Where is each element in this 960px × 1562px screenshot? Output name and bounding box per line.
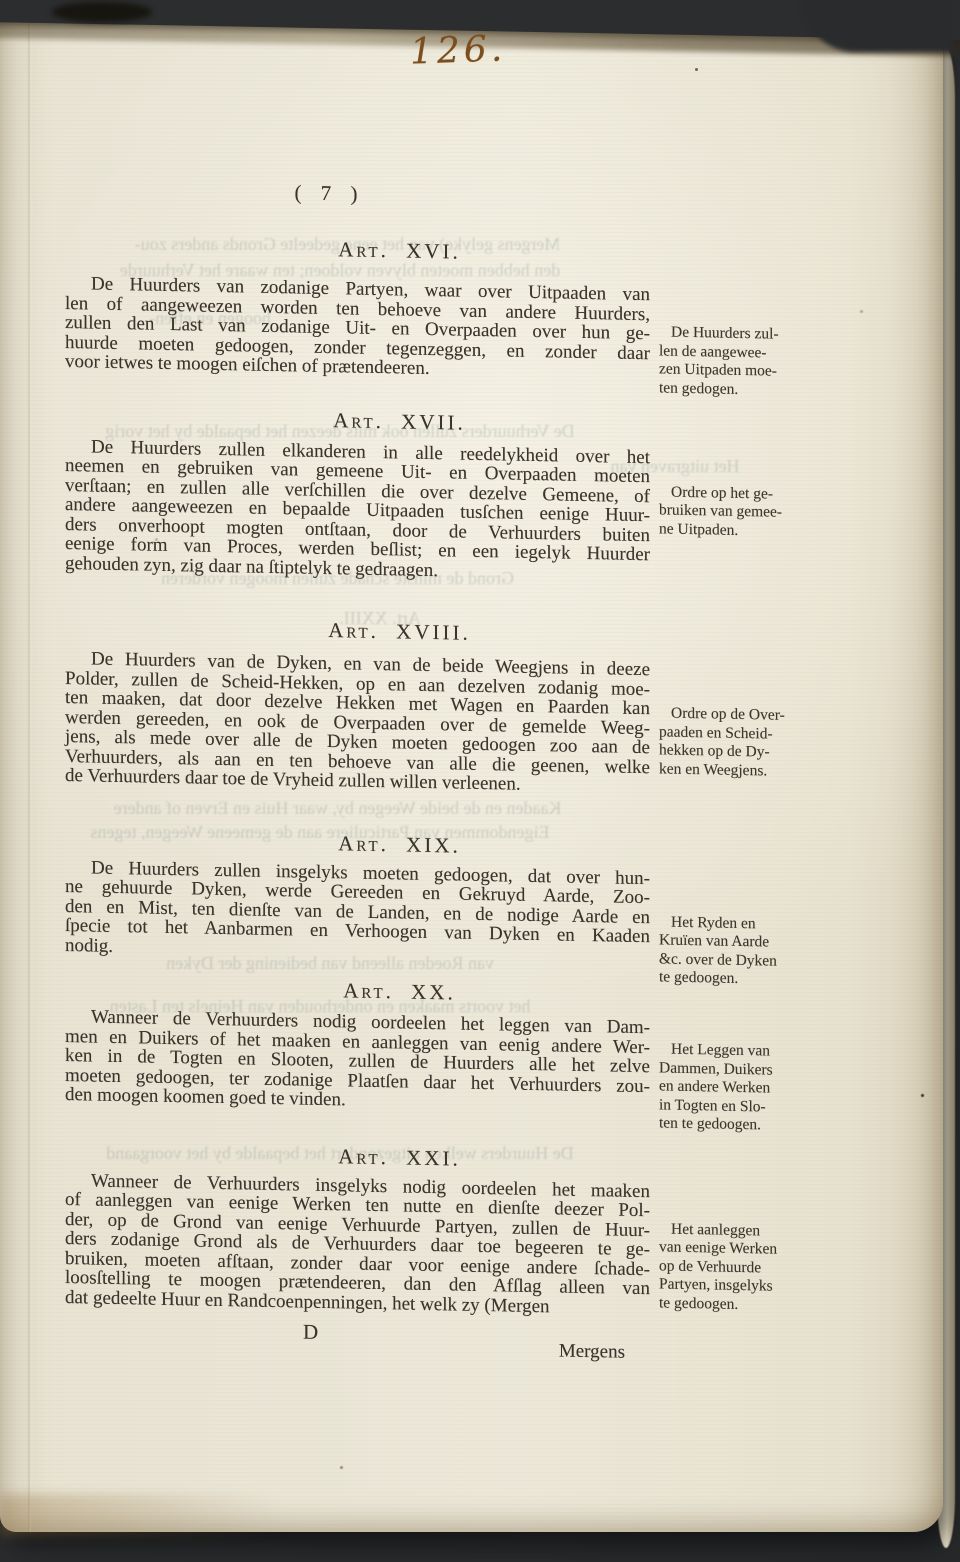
article-paragraph: De Huurders zullen insgelyks moeten gedo… [65, 858, 650, 967]
article-paragraph: De Huurders van zodanige Partyen, waar o… [65, 274, 650, 383]
page-content: ( 7 ) Art. XVI.De Huurders van zodanige … [65, 178, 650, 1368]
margin-note: Ordre op de Over-paaden en Scheid-hekken… [659, 704, 817, 781]
bottom-left-edge-stain [0, 1494, 280, 1536]
article-paragraph: Wanneer de Verhuurders nodig oordeelen h… [65, 1007, 650, 1116]
handwritten-folio-number: 126. [409, 28, 507, 72]
margin-note-line: Het Leggen van [659, 1040, 817, 1062]
paper-crease [28, 8, 31, 1532]
margin-note-line: Ordre op de Over- [659, 704, 817, 726]
document-page: 126. Mergens gelyke) van het eene gedeel… [0, 8, 943, 1532]
signature-mark: D [303, 1320, 319, 1345]
articles-container: Art. XVI.De Huurders van zodanige Partye… [65, 232, 650, 1318]
margin-note-line: hekken op de Dy- [659, 741, 817, 763]
article-paragraph: Wanneer de Verhuurders insgelyks nodig o… [65, 1171, 650, 1319]
catchword: Mergens [559, 1340, 625, 1363]
article-section: Art. XVII.De Huurders zullen elkanderen … [65, 403, 650, 585]
margin-note-line: De Huurders zul- [659, 323, 817, 345]
margin-note-line: ne Uitpaden. [659, 520, 817, 542]
scan-background: 126. Mergens gelyke) van het eene gedeel… [0, 0, 960, 1562]
margin-note-line: ten te gedoogen. [659, 1114, 817, 1136]
margin-note: Ordre op het ge-bruiken van gemee-ne Uit… [659, 483, 817, 542]
margin-note: Het aanleggenvan eenige Werkenop de Verh… [659, 1220, 817, 1316]
margin-note-line: Kruïen van Aarde [659, 931, 817, 953]
article-heading: Art. XXI. [107, 1139, 692, 1174]
paper-specks [695, 68, 698, 71]
margin-note-line: ken en Weegjens. [659, 760, 817, 782]
page-number: ( 7 ) [37, 177, 622, 208]
article-paragraph: De Huurders van de Dyken, en van de beid… [65, 649, 650, 797]
article-heading: Art. XVII. [107, 403, 692, 438]
article-section: Art. XX.Wanneer de Verhuurders nodig oor… [65, 973, 650, 1116]
article-section: Art. XIX.De Huurders zullen insgelyks mo… [65, 826, 650, 967]
margin-note-line: en andere Werken [659, 1077, 817, 1099]
top-left-corner-shadow [52, 2, 152, 22]
article-heading: Art. XX. [107, 974, 692, 1009]
article-heading: Art. XVIII. [107, 614, 692, 649]
article-section: Art. XVI.De Huurders van zodanige Partye… [65, 232, 650, 383]
margin-note-line: ten gedogen. [659, 379, 817, 401]
margin-note: Het Leggen vanDammen, Duikersen andere W… [659, 1040, 817, 1136]
page-footer: D Mergens [65, 1313, 650, 1368]
margin-note: Het Ryden enKruïen van Aarde&c. over de … [659, 913, 817, 990]
margin-note-line: zen Uitpaden moe- [659, 360, 817, 382]
article-paragraph: De Huurders zullen elkanderen in alle re… [65, 437, 650, 585]
margin-note-line: van eenige Werken [659, 1238, 817, 1260]
article-section: Art. XXI.Wanneer de Verhuurders insgelyk… [65, 1139, 650, 1319]
margin-note: De Huurders zul-len de aangewee-zen Uitp… [659, 323, 817, 400]
margin-note-line: Partyen, insgelyks [659, 1275, 817, 1297]
margin-note-line: te gedoogen. [659, 1294, 817, 1316]
article-section: Art. XVIII.De Huurders van de Dyken, en … [65, 613, 650, 797]
article-heading: Art. XVI. [107, 233, 692, 268]
article-heading: Art. XIX. [107, 826, 692, 861]
margin-note-line: bruiken van gemee- [659, 501, 817, 523]
